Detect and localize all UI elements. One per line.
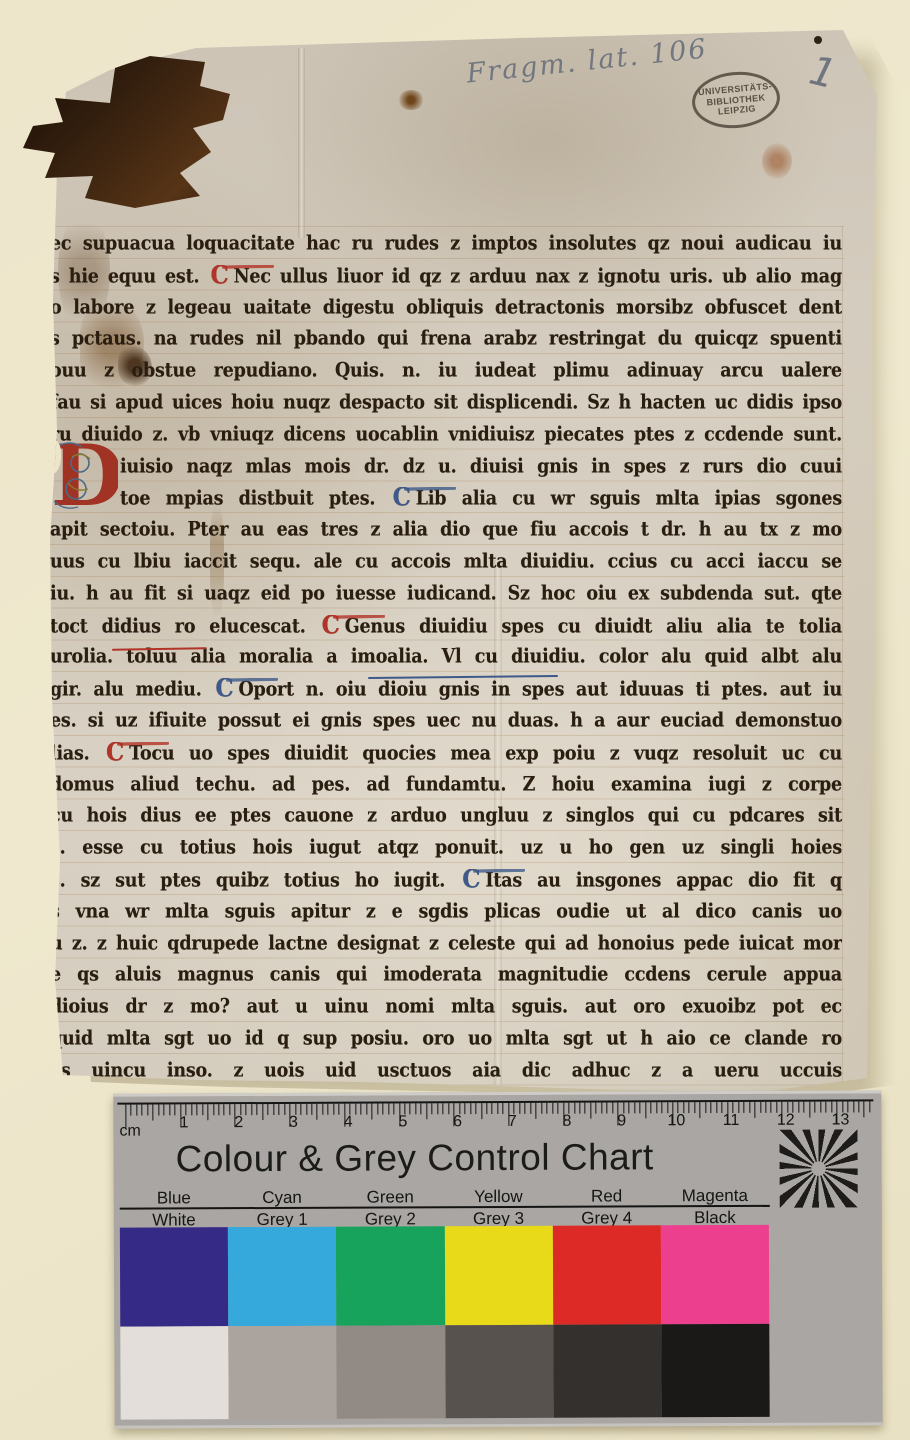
ruler-tick — [328, 1104, 329, 1115]
ruler-tick — [804, 1102, 805, 1113]
manuscript-line: toe mpias distbuit ptes. CLib alia cu wr… — [50, 487, 842, 517]
ruler-number: 6 — [453, 1113, 462, 1131]
ruler-tick — [689, 1102, 690, 1113]
ruler-tick — [492, 1103, 493, 1114]
ruler-tick — [361, 1104, 362, 1115]
manuscript-line: apit sectoiu. Pter au eas tres z alia di… — [50, 519, 842, 549]
ruler-tick — [694, 1102, 695, 1113]
ruler-tick — [366, 1104, 367, 1115]
ruler-tick — [300, 1104, 301, 1115]
ruler-tick — [251, 1104, 252, 1115]
ruler-number: 4 — [344, 1114, 353, 1132]
patch-grey-3 — [445, 1325, 554, 1418]
ruler-tick — [530, 1103, 531, 1114]
ruler-tick — [432, 1103, 433, 1114]
ruler-tick — [175, 1104, 176, 1115]
ruler-number: 7 — [508, 1113, 517, 1131]
ruler-tick — [771, 1102, 772, 1113]
ruler-tick — [639, 1102, 640, 1113]
ruler-tick — [393, 1103, 394, 1114]
manuscript-line: iu. h au fit si uaqz eid po iuesse iudic… — [50, 583, 842, 613]
patch-magenta — [661, 1225, 770, 1324]
ruler-number: 10 — [667, 1112, 685, 1130]
ruler-tick — [421, 1103, 422, 1114]
ruler-tick — [464, 1103, 465, 1114]
ruler-tick — [355, 1104, 356, 1115]
red-paraph-mark: C — [211, 266, 229, 286]
ruler-number: 11 — [723, 1112, 740, 1130]
ruler-tick — [470, 1103, 471, 1114]
ruler-tick — [552, 1103, 553, 1114]
manuscript-line: domus aliud techu. ad pes. ad fundamtu. … — [50, 774, 842, 804]
ruler-tick — [322, 1104, 323, 1115]
patch-grey-2 — [337, 1325, 446, 1418]
patch-black — [661, 1324, 770, 1417]
ruler-tick — [147, 1105, 148, 1116]
stamp-line-3: LEIPZIG — [718, 104, 757, 118]
ruler-tick — [820, 1102, 821, 1113]
ink-stain — [398, 90, 424, 110]
manuscript-line: uus cu lbiu iaccit sequ. ale cu accois m… — [50, 551, 842, 581]
ruler-tick — [869, 1101, 870, 1112]
colour-label-green: Green — [367, 1187, 414, 1207]
patch-cyan — [228, 1227, 337, 1326]
rust-stain — [762, 143, 792, 179]
ruler-tick — [317, 1104, 318, 1120]
ruler-ticks — [113, 1093, 881, 1096]
manuscript-line: ouu z obstue repudiano. Quis. n. iu iude… — [50, 360, 842, 390]
blue-paraph-mark: C — [215, 679, 233, 699]
colour-label-blue: Blue — [157, 1188, 191, 1208]
ruler-tick — [273, 1104, 274, 1115]
ruler-tick — [864, 1101, 865, 1117]
patch-grey-1 — [228, 1326, 337, 1419]
manuscript-line: gir. alu mediu. COport n. oiu dioiu gnis… — [50, 678, 842, 708]
ruler-tick — [858, 1101, 859, 1112]
ruler-number: 3 — [289, 1114, 298, 1132]
ruler-tick — [262, 1104, 263, 1120]
manuscript-line: u z. z huic qdrupede lactne designat z c… — [50, 933, 842, 963]
ruler-tick — [541, 1103, 542, 1114]
manuscript-line: quid mlta sgt uo id q sup posiu. oro uo … — [50, 1028, 842, 1058]
ruler-tick — [333, 1104, 334, 1115]
ruler-tick — [158, 1104, 159, 1115]
patch-rows — [113, 1093, 881, 1096]
ruler-tick — [760, 1102, 761, 1113]
ruler-tick — [213, 1104, 214, 1115]
ruler-tick — [656, 1102, 657, 1113]
ruler-tick — [202, 1104, 203, 1115]
manuscript-line: toct didius ro elucescat. CGenus diuidiu… — [50, 615, 842, 645]
ruler-tick — [268, 1104, 269, 1115]
ruler-tick — [207, 1104, 208, 1120]
red-paraph-mark: C — [106, 743, 124, 763]
red-paraph-mark: C — [322, 616, 340, 636]
manuscript-line: s. esse cu totius hois iugut atqz ponuit… — [50, 837, 842, 867]
ruler-tick — [557, 1103, 558, 1114]
ruler-tick — [716, 1102, 717, 1113]
ruler-number: 12 — [777, 1112, 795, 1130]
ruler-tick — [765, 1102, 766, 1113]
ruler-tick — [415, 1103, 416, 1114]
ruler-tick — [579, 1103, 580, 1114]
ruler-numbers: 12345678910111213 — [113, 1093, 881, 1096]
patch-red — [553, 1225, 662, 1324]
ruler-tick — [284, 1104, 285, 1115]
ruler-tick — [743, 1102, 744, 1113]
ruler-tick — [224, 1104, 225, 1115]
ruler-tick — [645, 1102, 646, 1118]
ruler-tick — [426, 1103, 427, 1119]
ruler-tick — [136, 1105, 137, 1116]
ruler-tick — [486, 1103, 487, 1114]
ruler-tick — [371, 1104, 372, 1120]
library-stamp: UNIVERSITÄTS- BIBLIOTHEK LEIPZIG — [690, 68, 783, 131]
manuscript-line: e qs aluis magnus canis qui imoderata ma… — [50, 964, 842, 994]
patch-grey-4 — [553, 1324, 662, 1417]
manuscript-line: cu hois dius ee ptes cauone z arduo ungl… — [50, 805, 842, 835]
ruler-tick — [218, 1104, 219, 1115]
ruler-tick — [711, 1102, 712, 1113]
ruler-tick — [754, 1102, 755, 1118]
blue-paraph-mark: C — [393, 488, 411, 508]
ruler-tick — [196, 1104, 197, 1115]
ruler-tick — [629, 1102, 630, 1113]
initial-letter-text: D — [51, 437, 118, 517]
ruler-tick — [306, 1104, 307, 1115]
ruler-tick — [164, 1104, 165, 1115]
colour-label-magenta: Magenta — [682, 1186, 748, 1206]
colour-label-cyan: Cyan — [262, 1188, 302, 1208]
folio-number: 1 — [805, 48, 841, 99]
ruler-tick — [634, 1102, 635, 1113]
ruler-tick — [388, 1103, 389, 1114]
speck — [814, 36, 822, 44]
ruler-tick — [481, 1103, 482, 1119]
ruler-number: 9 — [617, 1112, 626, 1130]
ruler-tick — [547, 1103, 548, 1114]
ruler-tick — [257, 1104, 258, 1115]
blue-paraph-mark: C — [462, 870, 480, 890]
manuscript-line: urolia. toluu alia moralia a imoalia. Vl… — [50, 646, 842, 676]
ruler-tick — [153, 1105, 154, 1121]
manuscript-line: fau si apud uices hoiu nuqz despacto sit… — [50, 392, 842, 422]
ruler-tick — [142, 1105, 143, 1116]
colour-label-row: BlueCyanGreenYellowRedMagenta — [113, 1093, 881, 1096]
ruler-tick — [596, 1103, 597, 1114]
ruler-tick — [590, 1103, 591, 1119]
fold-crease — [298, 48, 305, 238]
ruler-tick — [705, 1102, 706, 1113]
photograph-backdrop: Fragm. lat. 106 UNIVERSITÄTS- BIBLIOTHEK… — [0, 0, 910, 1440]
ruler-tick — [169, 1104, 170, 1115]
chart-title: Colour & Grey Control Chart — [175, 1136, 653, 1180]
manuscript-line: s. sz sut ptes quibz totius ho iugit. CI… — [50, 869, 842, 899]
ruler-tick — [278, 1104, 279, 1115]
ruler-tick — [749, 1102, 750, 1113]
ruler-tick — [191, 1104, 192, 1115]
ruler-tick — [519, 1103, 520, 1114]
ruler-tick — [448, 1103, 449, 1114]
manuscript-line: es. si uz ifiuite possut ei gnis spes ue… — [50, 710, 842, 740]
ruler-tick — [661, 1102, 662, 1113]
ruler-tick — [443, 1103, 444, 1114]
ruler-tick — [825, 1102, 826, 1113]
manuscript-line: ru diuido z. vb vniuqz dicens uocablin v… — [50, 424, 842, 454]
patch-green — [336, 1226, 445, 1325]
grey-label-row: WhiteGrey 1Grey 2Grey 3Grey 4Black — [113, 1093, 881, 1096]
manuscript-line: iuisio naqz mlas mois dr. dz u. diuisi g… — [50, 456, 842, 486]
ruler-tick — [798, 1102, 799, 1113]
patch-yellow — [444, 1226, 553, 1325]
ruler-tick — [382, 1103, 383, 1114]
ruler-tick — [536, 1103, 537, 1119]
color-control-chart: cm 12345678910111213 Colour & Grey Contr… — [113, 1090, 882, 1428]
patch-blue — [120, 1227, 229, 1326]
manuscript-line: dioius dr z mo? aut u uinu nomi mlta sgu… — [50, 996, 842, 1026]
ruler-number: 13 — [832, 1111, 850, 1129]
ruler-tick — [601, 1103, 602, 1114]
manuscript-line: s vna wr mlta sguis apitur z e sgdis pli… — [50, 901, 842, 931]
ruler-number: 2 — [234, 1114, 243, 1132]
ruler-tick — [585, 1103, 586, 1114]
ruler-tick — [503, 1103, 504, 1114]
manuscript-line: o labore z legeau uaitate digestu obliqu… — [50, 297, 842, 327]
ruler-number: 8 — [563, 1113, 572, 1131]
ruler-tick — [607, 1103, 608, 1114]
ruler-tick — [497, 1103, 498, 1114]
ruler-unit-label: cm — [119, 1123, 140, 1141]
ruler-tick — [475, 1103, 476, 1114]
colour-label-yellow: Yellow — [474, 1187, 523, 1207]
margin-rule — [842, 226, 843, 1088]
colour-label-red: Red — [591, 1186, 622, 1206]
ruler-tick — [131, 1105, 132, 1116]
ruler-tick — [700, 1102, 701, 1118]
siemens-star-icon — [779, 1129, 857, 1207]
ruler-tick — [853, 1101, 854, 1112]
pencil-annotation: Fragm. lat. 106 — [465, 33, 709, 89]
ruler-tick — [437, 1103, 438, 1114]
patch-white — [120, 1326, 229, 1419]
label-divider-line — [120, 1205, 770, 1210]
ruler-tick — [574, 1103, 575, 1114]
ruler-tick — [525, 1103, 526, 1114]
ruler-tick — [815, 1102, 816, 1113]
ruler-tick — [650, 1102, 651, 1113]
manuscript-line: lias. CTocu uo spes diuidit quocies mea … — [50, 742, 842, 772]
manuscript-line: s pctaus. na rudes nil pbando qui frena … — [50, 328, 842, 358]
ruler-tick — [809, 1102, 810, 1118]
ruler-tick — [339, 1104, 340, 1115]
ruler-tick — [246, 1104, 247, 1115]
ruler-tick — [229, 1104, 230, 1115]
ruler-tick — [311, 1104, 312, 1115]
manuscript-line: s hie equu est. CNec ullus liuor id qz z… — [50, 265, 842, 295]
ruler-tick — [410, 1103, 411, 1114]
ruler-tick — [377, 1104, 378, 1115]
manuscript-line: ec supuacua loquacitate hac ru rudes z i… — [50, 233, 842, 263]
ruler-number: 1 — [180, 1114, 189, 1132]
ruler-tick — [612, 1102, 613, 1113]
ruler-number: 5 — [398, 1113, 407, 1131]
